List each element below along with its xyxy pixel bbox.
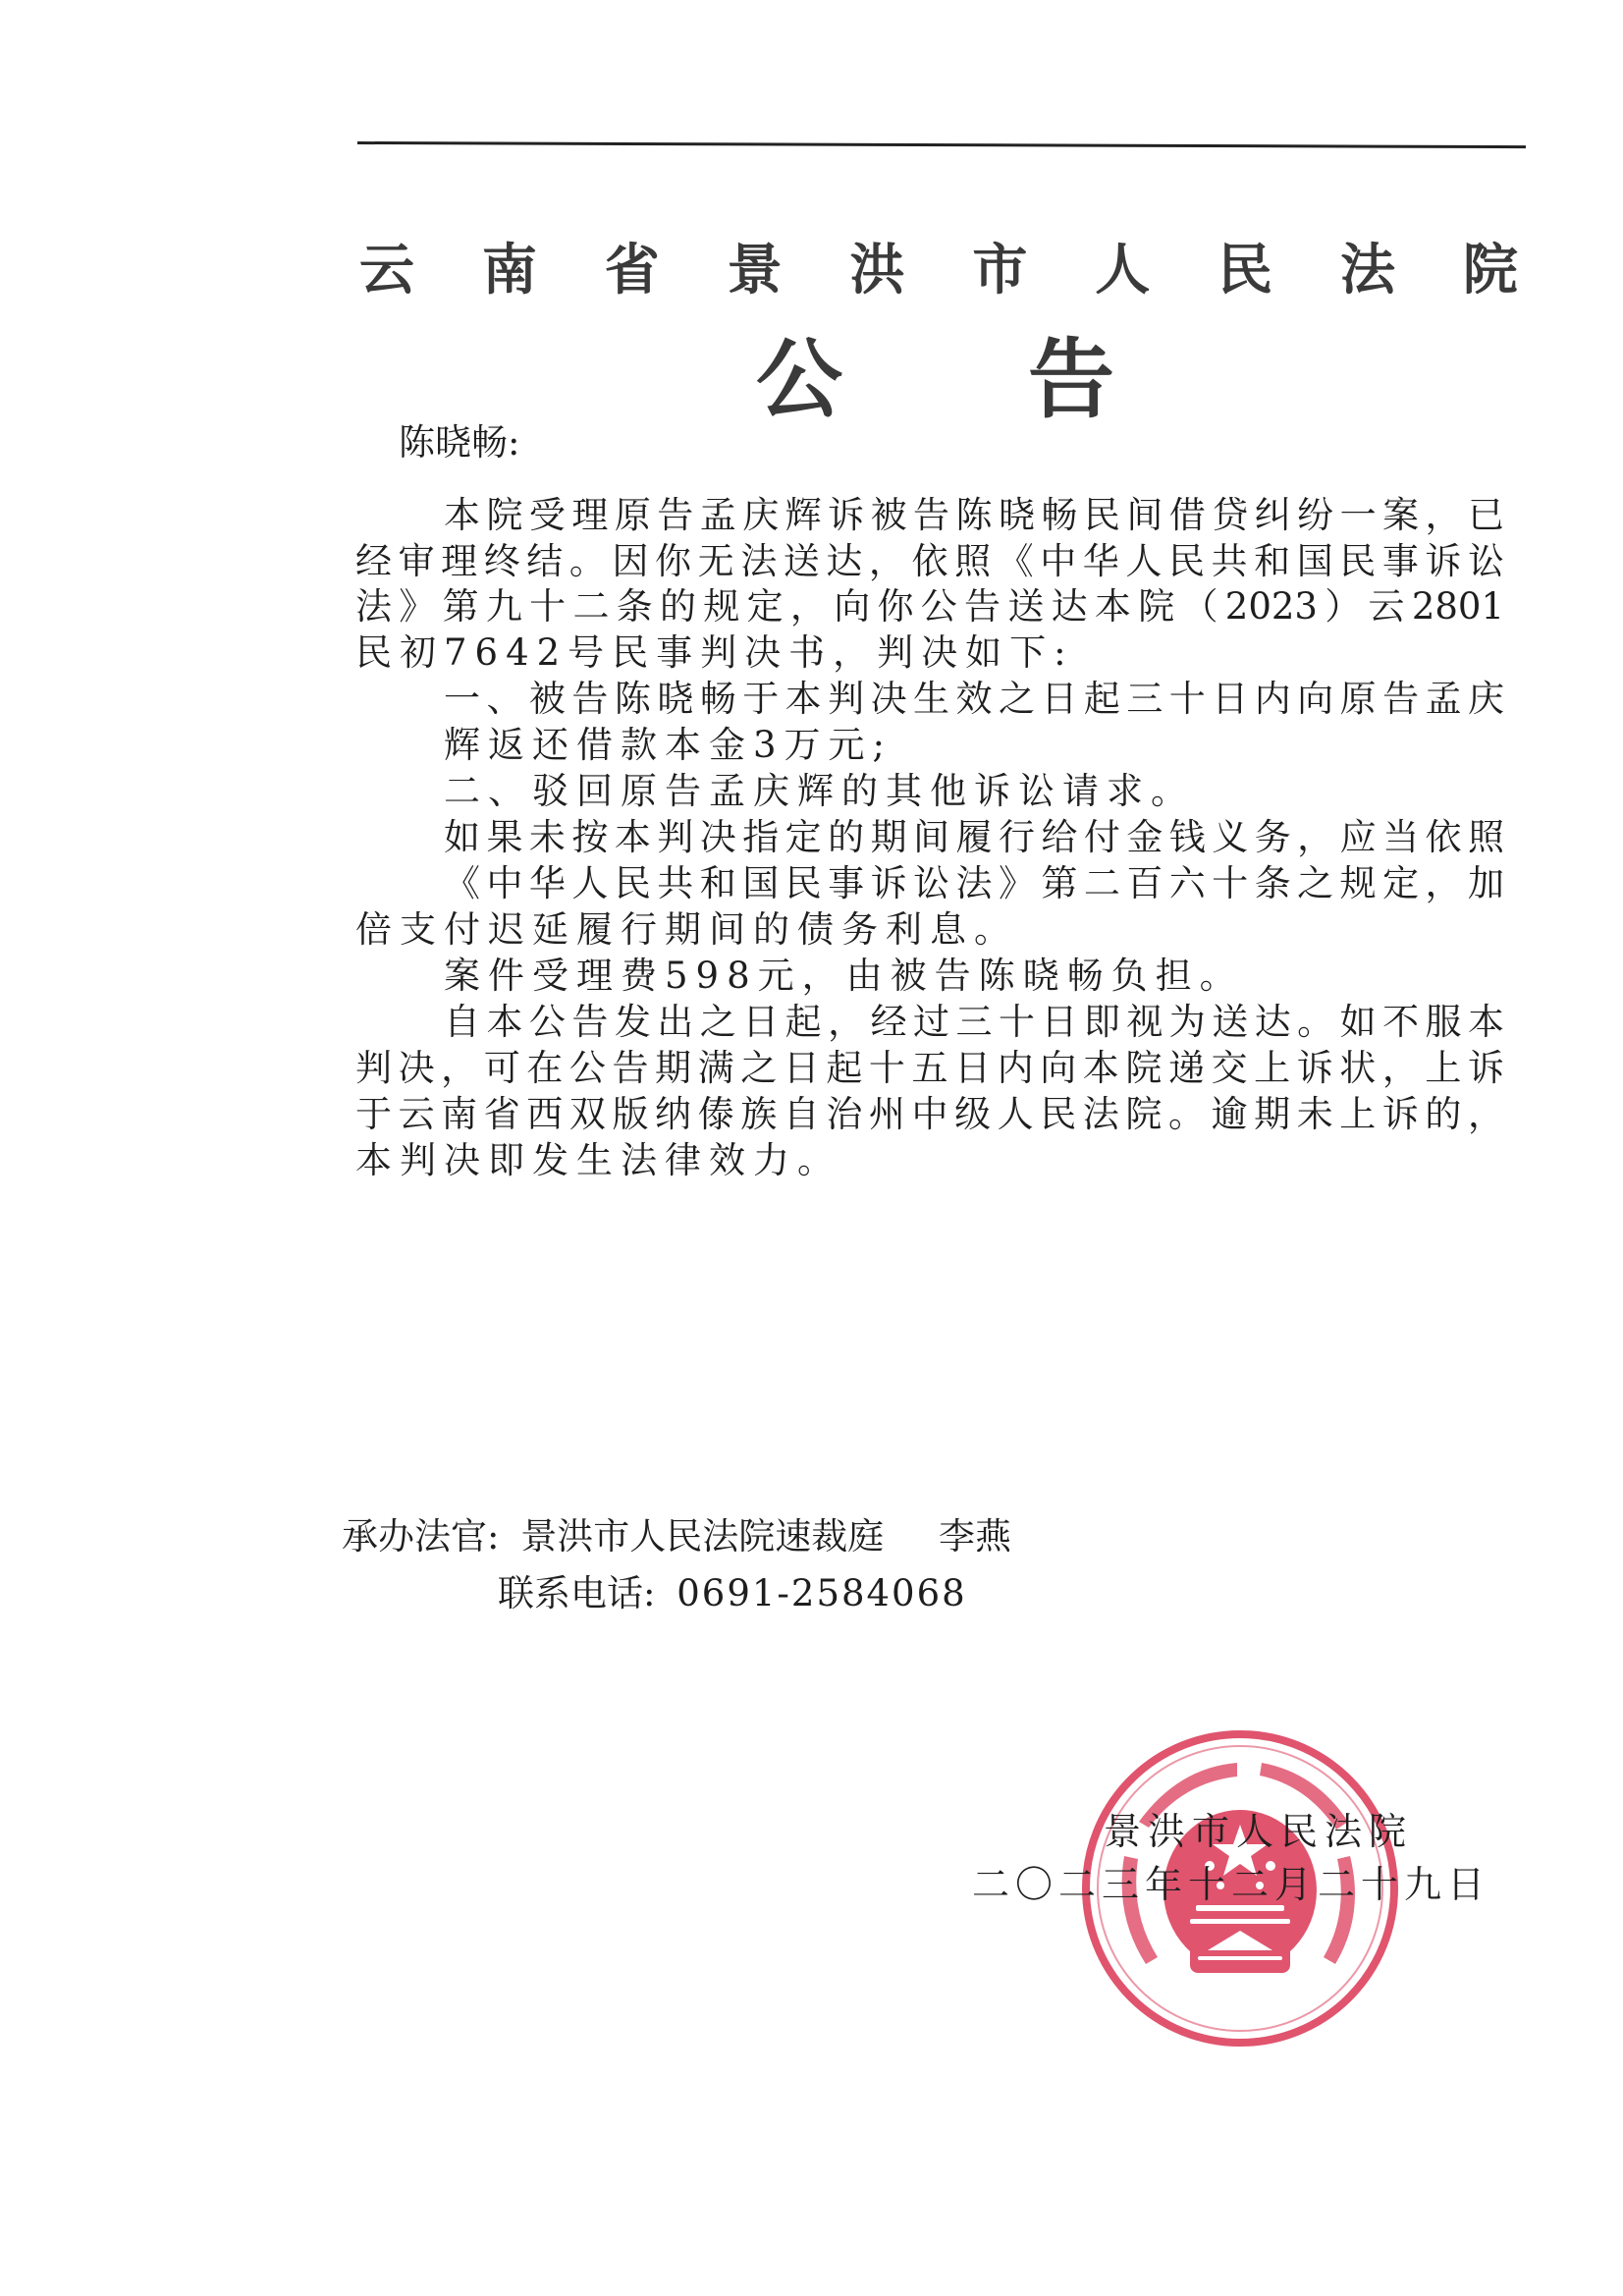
court-title-char: 南	[482, 227, 537, 305]
judge-name: 李燕	[939, 1515, 1011, 1558]
judge-line: 承办法官: 景洪市人民法院速裁庭 李燕	[342, 1514, 1011, 1559]
body-line: 于云南省西双版纳傣族自治州中级人民法院。逾期未上诉的，	[355, 1092, 1504, 1137]
header-rule	[357, 141, 1526, 148]
judge-department: 景洪市人民法院速裁庭	[520, 1515, 884, 1558]
body-line: 自本公告发出之日起，经过三十日即视为送达。如不服本	[444, 1000, 1504, 1045]
phone-line: 联系电话: 0691-2584068	[498, 1571, 967, 1616]
body-line: 案件受理费598元，由被告陈晓畅负担。	[444, 954, 1244, 999]
court-title-char: 人	[1095, 227, 1150, 305]
signature-date: 二〇二三年十二月二十九日	[972, 1862, 1485, 1907]
judge-label: 承办法官:	[342, 1515, 499, 1558]
body-line: 法》第九十二条的规定，向你公告送达本院（2023）云2801	[355, 584, 1504, 629]
body-line: 二、驳回原告孟庆辉的其他诉讼请求。	[444, 769, 1195, 814]
court-title-char: 民	[1217, 227, 1272, 305]
court-signature: 景洪市人民法院	[1104, 1809, 1406, 1854]
body-line: 本判决即发生法律效力。	[355, 1138, 841, 1183]
court-title-char: 市	[972, 227, 1027, 305]
court-title-char: 景	[728, 227, 783, 305]
body-line: 民初7642号民事判决书，判决如下:	[355, 630, 1074, 676]
salutation: 陈晓畅:	[399, 420, 519, 465]
body-line: 一、被告陈晓畅于本判决生效之日起三十日内向原告孟庆	[444, 677, 1504, 722]
body-line: 倍支付迟延履行期间的债务利息。	[355, 907, 1018, 953]
document-title-char: 公	[756, 311, 842, 435]
document-page: 云 南 省 景 洪 市 人 民 法 院 公 告 陈晓畅: 本院受理原告孟庆辉诉被…	[0, 0, 1623, 2296]
court-title-char: 洪	[850, 227, 905, 305]
court-title-char: 院	[1463, 227, 1518, 305]
phone-number: 0691-2584068	[676, 1572, 966, 1614]
body-line: 辉返还借款本金3万元;	[444, 723, 893, 768]
body-line: 《中华人民共和国民事诉讼法》第二百六十条之规定，加	[444, 861, 1504, 906]
court-title: 云 南 省 景 洪 市 人 民 法 院	[359, 232, 1518, 301]
document-title-char: 告	[1028, 311, 1114, 435]
phone-label: 联系电话:	[498, 1572, 655, 1614]
body-line: 如果未按本判决指定的期间履行给付金钱义务，应当依照	[444, 815, 1504, 860]
body-line: 本院受理原告孟庆辉诉被告陈晓畅民间借贷纠纷一案，已	[444, 493, 1504, 538]
body-line: 经审理终结。因你无法送达，依照《中华人民共和国民事诉讼	[355, 539, 1504, 584]
court-title-char: 云	[359, 227, 414, 305]
document-title: 公 告	[756, 319, 1114, 427]
body-line: 判决，可在公告期满之日起十五日内向本院递交上诉状，上诉	[355, 1046, 1504, 1091]
court-title-char: 省	[605, 227, 660, 305]
court-title-char: 法	[1340, 227, 1395, 305]
